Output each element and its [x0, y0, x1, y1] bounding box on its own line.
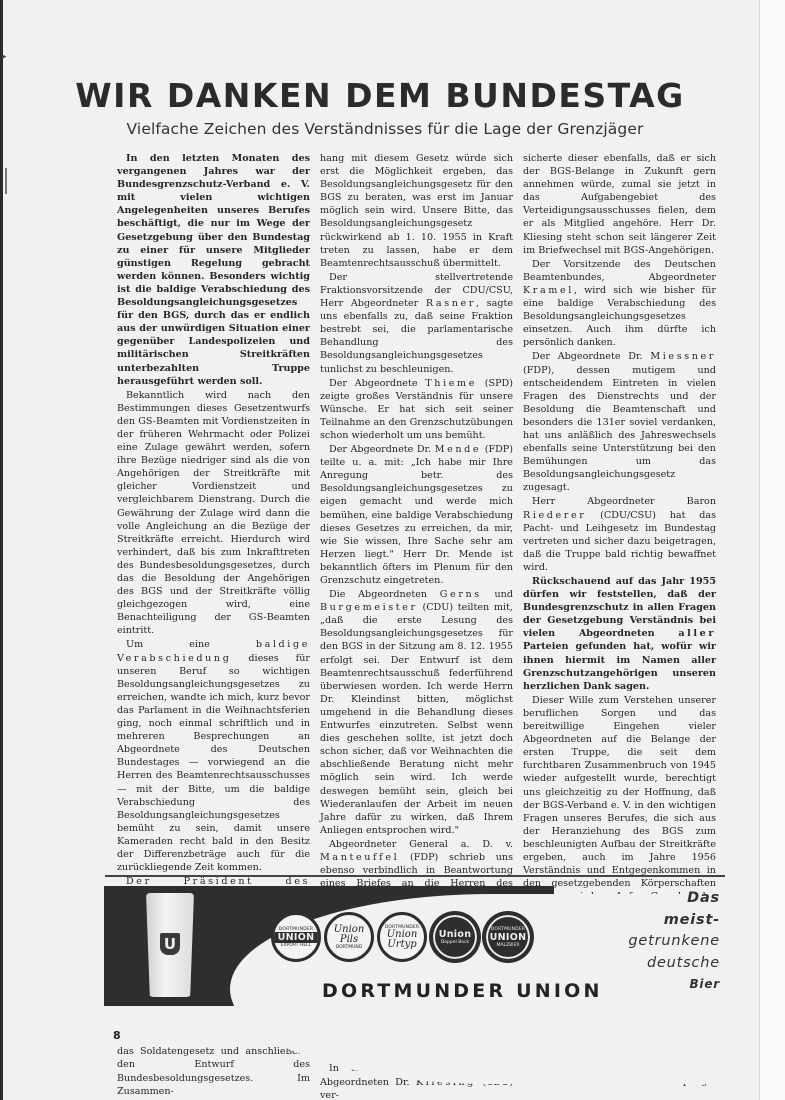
slogan-line: Bier — [610, 974, 720, 996]
text: (FDP) teilte u. a. mit: „Ich habe mir Ih… — [320, 444, 513, 586]
seal-pils-icon: Union Pils DORTMUND — [324, 912, 374, 962]
paragraph: Herr Abgeordneter Baron Riederer (CDU/CS… — [523, 495, 716, 574]
seal-text: Union Urtyp — [380, 930, 424, 950]
text: Parteien gefunden hat, wofür wir ihnen h… — [523, 641, 716, 691]
paragraph: sicherte dieser ebenfalls, daß er sich d… — [523, 152, 716, 257]
paragraph: Der stellvertretende Fraktionsvorsitzend… — [320, 271, 513, 376]
text: Der Vorsitzende des Deutschen Beamtenbun… — [523, 259, 716, 283]
page-number: 8 — [113, 1029, 121, 1042]
ad-slogan: Das meist- getrunkene deutsche Bier — [610, 888, 720, 996]
slogan-line: getrunkene — [610, 931, 720, 953]
seal-text: MALZBIER — [497, 943, 520, 948]
emphasis-text: Riederer — [523, 510, 586, 521]
paragraph: Der Abgeordnete Thieme (SPD) zeigte groß… — [320, 377, 513, 442]
slogan-line: Das — [610, 888, 720, 910]
paragraph: Der Abgeordnete Dr. Miessner (FDP), dess… — [523, 350, 716, 494]
text: dieses für unseren Beruf so wichtigen Be… — [117, 653, 310, 874]
text: (CDU) teilten mit, „daß die erste Lesung… — [320, 602, 513, 836]
seal-text: Union Pils — [327, 925, 371, 945]
text: Der Abgeordnete Dr. — [532, 351, 650, 362]
emphasis-text: Thieme — [425, 378, 477, 389]
slogan-line: deutsche — [610, 953, 720, 975]
emphasis-text: Manteuffel — [320, 852, 399, 863]
scan-margin — [760, 0, 785, 1100]
ad-background — [104, 1007, 744, 1047]
paragraph: Der Vorsitzende des Deutschen Beamtenbun… — [523, 258, 716, 350]
scan-mark: ▸ — [2, 52, 7, 62]
text: Der Abgeordnete — [329, 378, 425, 389]
text: Herr Abgeordneter Baron — [532, 496, 716, 507]
union-logo-icon: U — [160, 933, 180, 955]
seal-text: UNION — [274, 932, 318, 943]
lead-paragraph: In den letzten Monaten des vergangenen J… — [117, 152, 310, 388]
seal-text: Union — [439, 929, 472, 940]
scan-edge-line — [0, 0, 3, 1100]
emphasis-text: Burgemeister — [320, 602, 418, 613]
emphasis-text: Gerns — [440, 589, 482, 600]
text: , sagte uns ebenfalls zu, daß seine Frak… — [320, 298, 513, 374]
seal-export-hell-icon: DORTMUNDER UNION EXPORT HELL — [271, 912, 321, 962]
text: und — [482, 589, 513, 600]
paragraph: Um eine baldige Verabschiedung dieses fü… — [117, 638, 310, 874]
text: Dieser Wille zum Verstehen unserer beruf… — [523, 695, 716, 902]
seal-malzbier-icon: DORTMUNDER UNION MALZBIER — [483, 912, 533, 962]
paragraph: hang mit diesem Gesetz würde sich erst d… — [320, 152, 513, 270]
closing-statement: Rückschauend auf das Jahr 1955 dürfen wi… — [523, 575, 716, 693]
seal-text: EXPORT HELL — [281, 943, 311, 948]
text: (FDP), dessen mutigem und entscheidendem… — [523, 365, 716, 494]
seal-text: UNION — [490, 932, 527, 943]
paragraph: Bekanntlich wird nach den Bestimmungen d… — [117, 389, 310, 638]
slogan-line: meist- — [610, 910, 720, 932]
emphasis-text: Rasner — [426, 298, 476, 309]
paragraph: Die Abgeordneten Gerns und Burgemeister … — [320, 588, 513, 837]
seal-text: Doppel Bock — [441, 940, 469, 945]
seal-urtyp-icon: DORTMUNDER Union Urtyp — [377, 912, 427, 962]
emphasis-text: Mende — [435, 444, 482, 455]
scan-mark — [5, 168, 7, 194]
paragraph: Der Abgeordnete Dr. Mende (FDP) teilte u… — [320, 443, 513, 587]
text: Der Abgeordnete Dr. — [329, 444, 435, 455]
emphasis-text: Kramel — [523, 285, 574, 296]
column-3: sicherte dieser ebenfalls, daß er sich d… — [523, 152, 716, 862]
article-subheadline: Vielfache Zeichen des Verständnisses für… — [0, 120, 770, 138]
column-2: hang mit diesem Gesetz würde sich erst d… — [320, 152, 513, 862]
seal-text: DORTMUND — [336, 945, 363, 950]
beer-brand-seals: DORTMUNDER UNION EXPORT HELL Union Pils … — [271, 912, 533, 962]
text: Die Abgeordneten — [329, 589, 440, 600]
text: Um eine — [126, 639, 256, 650]
article-body: In den letzten Monaten des vergangenen J… — [117, 152, 717, 862]
ad-divider — [105, 875, 725, 877]
seal-doppelbock-icon: Union Doppel Bock — [430, 912, 480, 962]
article-headline: WIR DANKEN DEM BUNDESTAG — [0, 76, 760, 115]
emphasis-text: Miessner — [650, 351, 716, 362]
text: Abgeordneter General a. D. v. — [329, 839, 513, 850]
ad-brand-name: DORTMUNDER UNION — [322, 980, 603, 1002]
column-1: In den letzten Monaten des vergangenen J… — [117, 152, 310, 862]
emphasis-text: aller — [678, 628, 716, 639]
